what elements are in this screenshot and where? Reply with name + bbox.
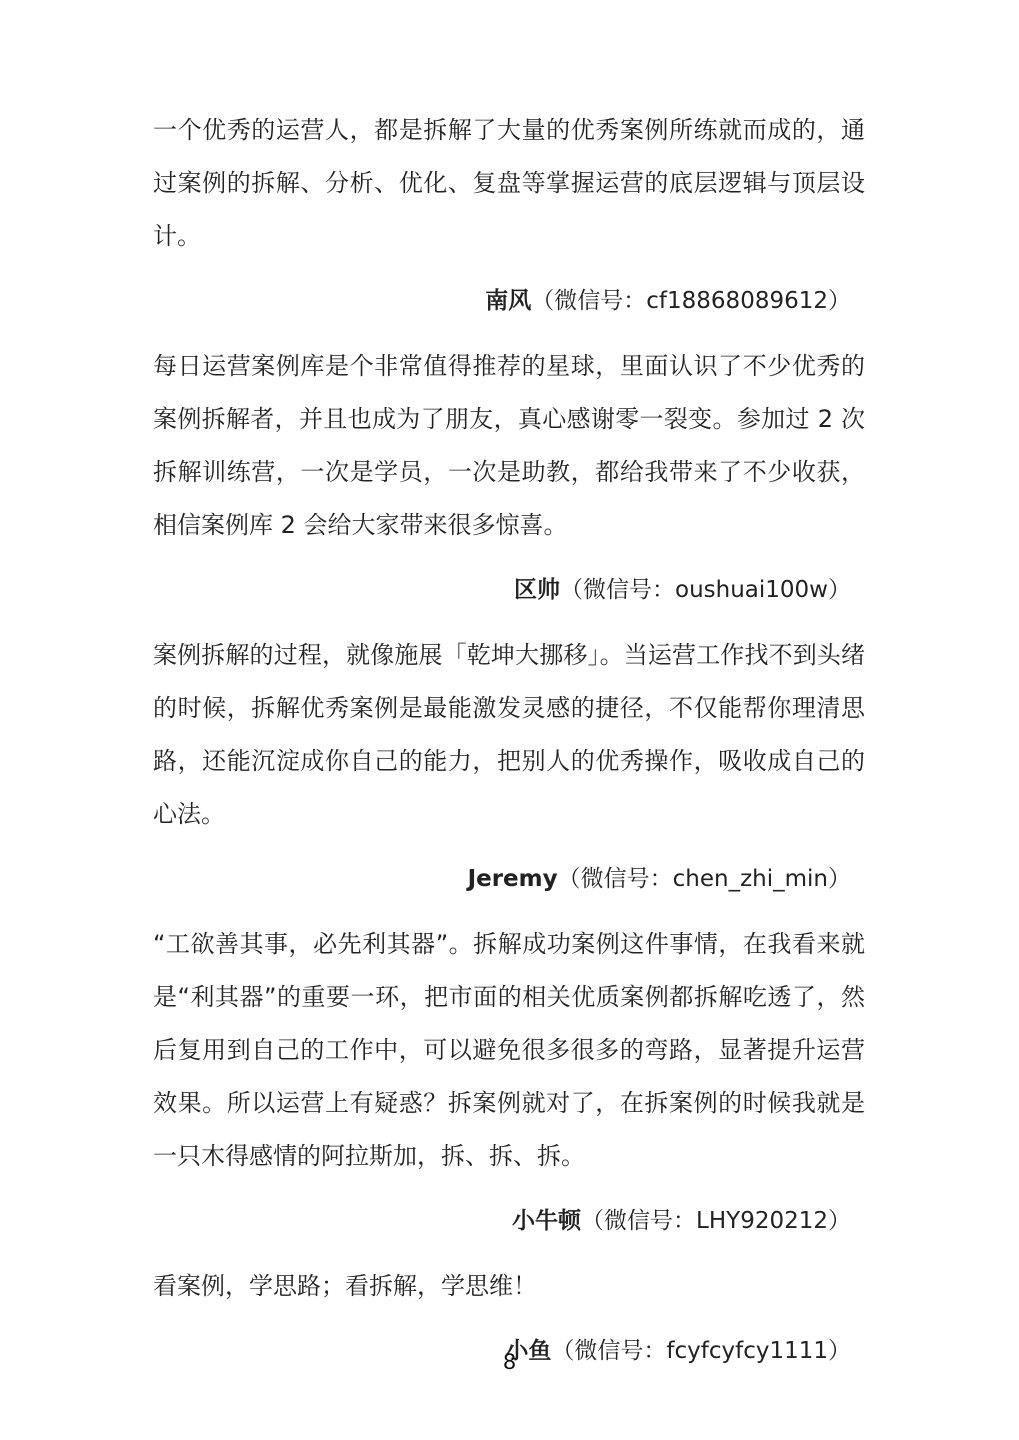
- testimonial-attribution: Jeremy（微信号：chen_zhi_min）: [153, 853, 865, 906]
- testimonial-text: “工欲善其事，必先利其器”。拆解成功案例这件事情，在我看来就是“利其器”的重要一…: [153, 918, 865, 1183]
- author-wechat: （微信号：LHY920212）: [581, 1208, 851, 1234]
- author-name: 南风: [485, 288, 531, 314]
- author-name: 小牛顿: [512, 1208, 581, 1234]
- testimonial-text: 案例拆解的过程，就像施展「乾坤大挪移」。当运营工作找不到头绪的时候，拆解优秀案例…: [153, 629, 865, 841]
- page-number: 8: [0, 1350, 1019, 1374]
- testimonial-text: 每日运营案例库是个非常值得推荐的星球，里面认识了不少优秀的案例拆解者，并且也成为…: [153, 340, 865, 552]
- author-wechat: （微信号：cf18868089612）: [531, 288, 851, 314]
- author-name: Jeremy: [468, 866, 558, 892]
- testimonial-text: 看案例，学思路；看拆解，学思维！: [153, 1260, 865, 1313]
- author-wechat: （微信号：oushuai100w）: [560, 577, 851, 603]
- testimonial-attribution: 区帅（微信号：oushuai100w）: [153, 564, 865, 617]
- author-name: 区帅: [514, 577, 560, 603]
- testimonial-attribution: 小牛顿（微信号：LHY920212）: [153, 1195, 865, 1248]
- testimonial-attribution: 南风（微信号：cf18868089612）: [153, 275, 865, 328]
- author-wechat: （微信号：chen_zhi_min）: [558, 866, 851, 892]
- testimonial-text: 一个优秀的运营人，都是拆解了大量的优秀案例所练就而成的，通过案例的拆解、分析、优…: [153, 104, 865, 263]
- document-page: 一个优秀的运营人，都是拆解了大量的优秀案例所练就而成的，通过案例的拆解、分析、优…: [153, 104, 865, 1390]
